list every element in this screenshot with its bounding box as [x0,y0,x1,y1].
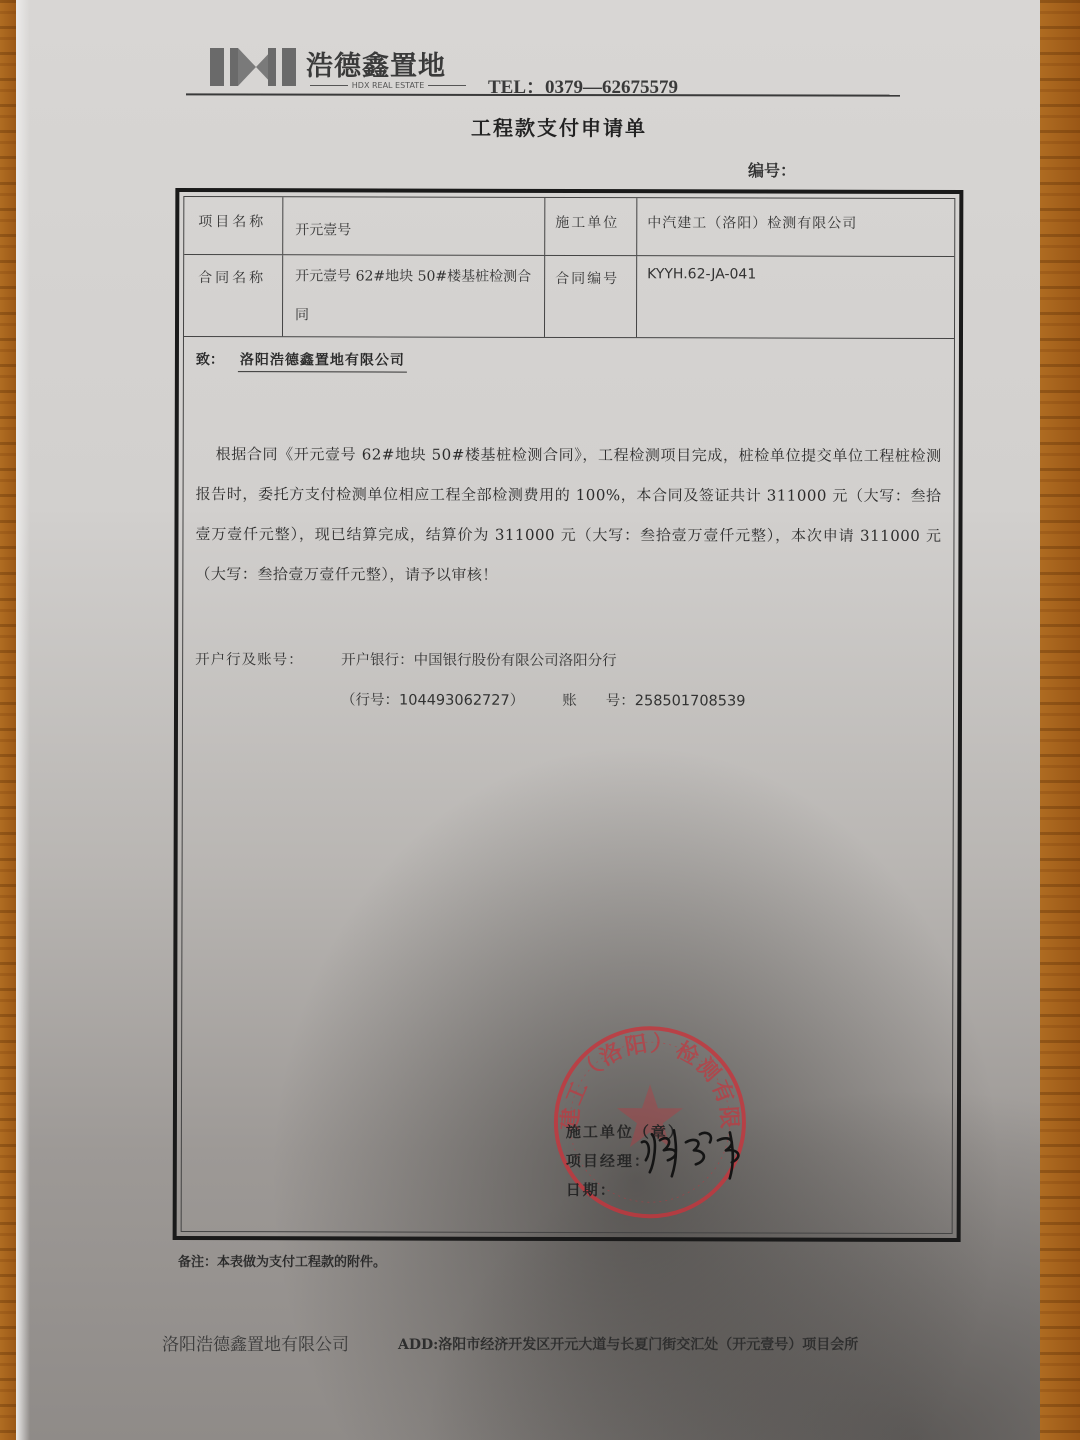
project-name-label: 项目名称 [184,197,282,254]
contractor-value: 中汽建工（洛阳）检测有限公司 [636,198,954,256]
remark-note: 备注：本表做为支付工程款的附件。 [178,1251,386,1270]
table-row: 合同名称 开元壹号 62#地块 50#楼基桩检测合同 合同编号 KYYH.62-… [184,255,954,339]
recipient-line: 致：洛阳浩德鑫置地有限公司 [196,349,407,373]
footer-address: ADD:洛阳市经济开发区开元大道与长夏门街交汇处（开元壹号）项目会所 [398,1334,858,1354]
contract-name-label: 合同名称 [184,255,282,336]
contract-number-label: 合同编号 [544,256,636,337]
footer-company-name: 洛阳浩德鑫置地有限公司 [162,1330,349,1355]
account-number-label: 账 号： [562,681,635,721]
bank-details: 开户行及账号：开户银行：中国银行股份有限公司洛阳分行 （行号：104493062… [195,640,746,721]
bank-branch-number: （行号：104493062727） [341,692,524,708]
application-body: 根据合同《开元壹号 62#地块 50#楼基桩检测合同》，工程检测项目完成，桩检单… [195,434,941,596]
bank-account-label: 开户行及账号： [195,640,341,680]
contract-name-value: 开元壹号 62#地块 50#楼基桩检测合同 [282,255,544,337]
project-name-value: 开元壹号 [282,197,544,255]
company-logo-subtitle: HDX REAL ESTATE [310,81,466,90]
recipient-name: 洛阳浩德鑫置地有限公司 [238,349,407,372]
doc-number-label-text: 编号： [748,161,796,180]
company-logo-text: 浩德鑫置地 [306,44,446,83]
document-title: 工程款支付申请单 [0,112,1080,141]
table-row: 项目名称 开元壹号 施工单位 中汽建工（洛阳）检测有限公司 [184,197,954,257]
handwritten-signature-icon [634,1120,754,1180]
form-inner-frame: 项目名称 开元壹号 施工单位 中汽建工（洛阳）检测有限公司 合同名称 开元壹号 … [181,196,956,1234]
account-number: 258501708539 [635,693,746,709]
hdx-logo-icon [210,46,296,88]
form-frame: 项目名称 开元壹号 施工单位 中汽建工（洛阳）检测有限公司 合同名称 开元壹号 … [173,188,964,1242]
contract-number-value: KYYH.62-JA-041 [636,256,954,338]
recipient-label: 致： [196,352,224,368]
bank-name: 中国银行股份有限公司洛阳分行 [414,653,617,670]
date-label: 日期： [566,1176,685,1205]
company-en-name: HDX REAL ESTATE [352,81,424,90]
bank-name-label: 开户银行： [341,652,414,668]
wooden-desk-right [1038,0,1080,1440]
document-number-label: 编号： [748,158,796,181]
contractor-label: 施工单位 [544,198,636,255]
